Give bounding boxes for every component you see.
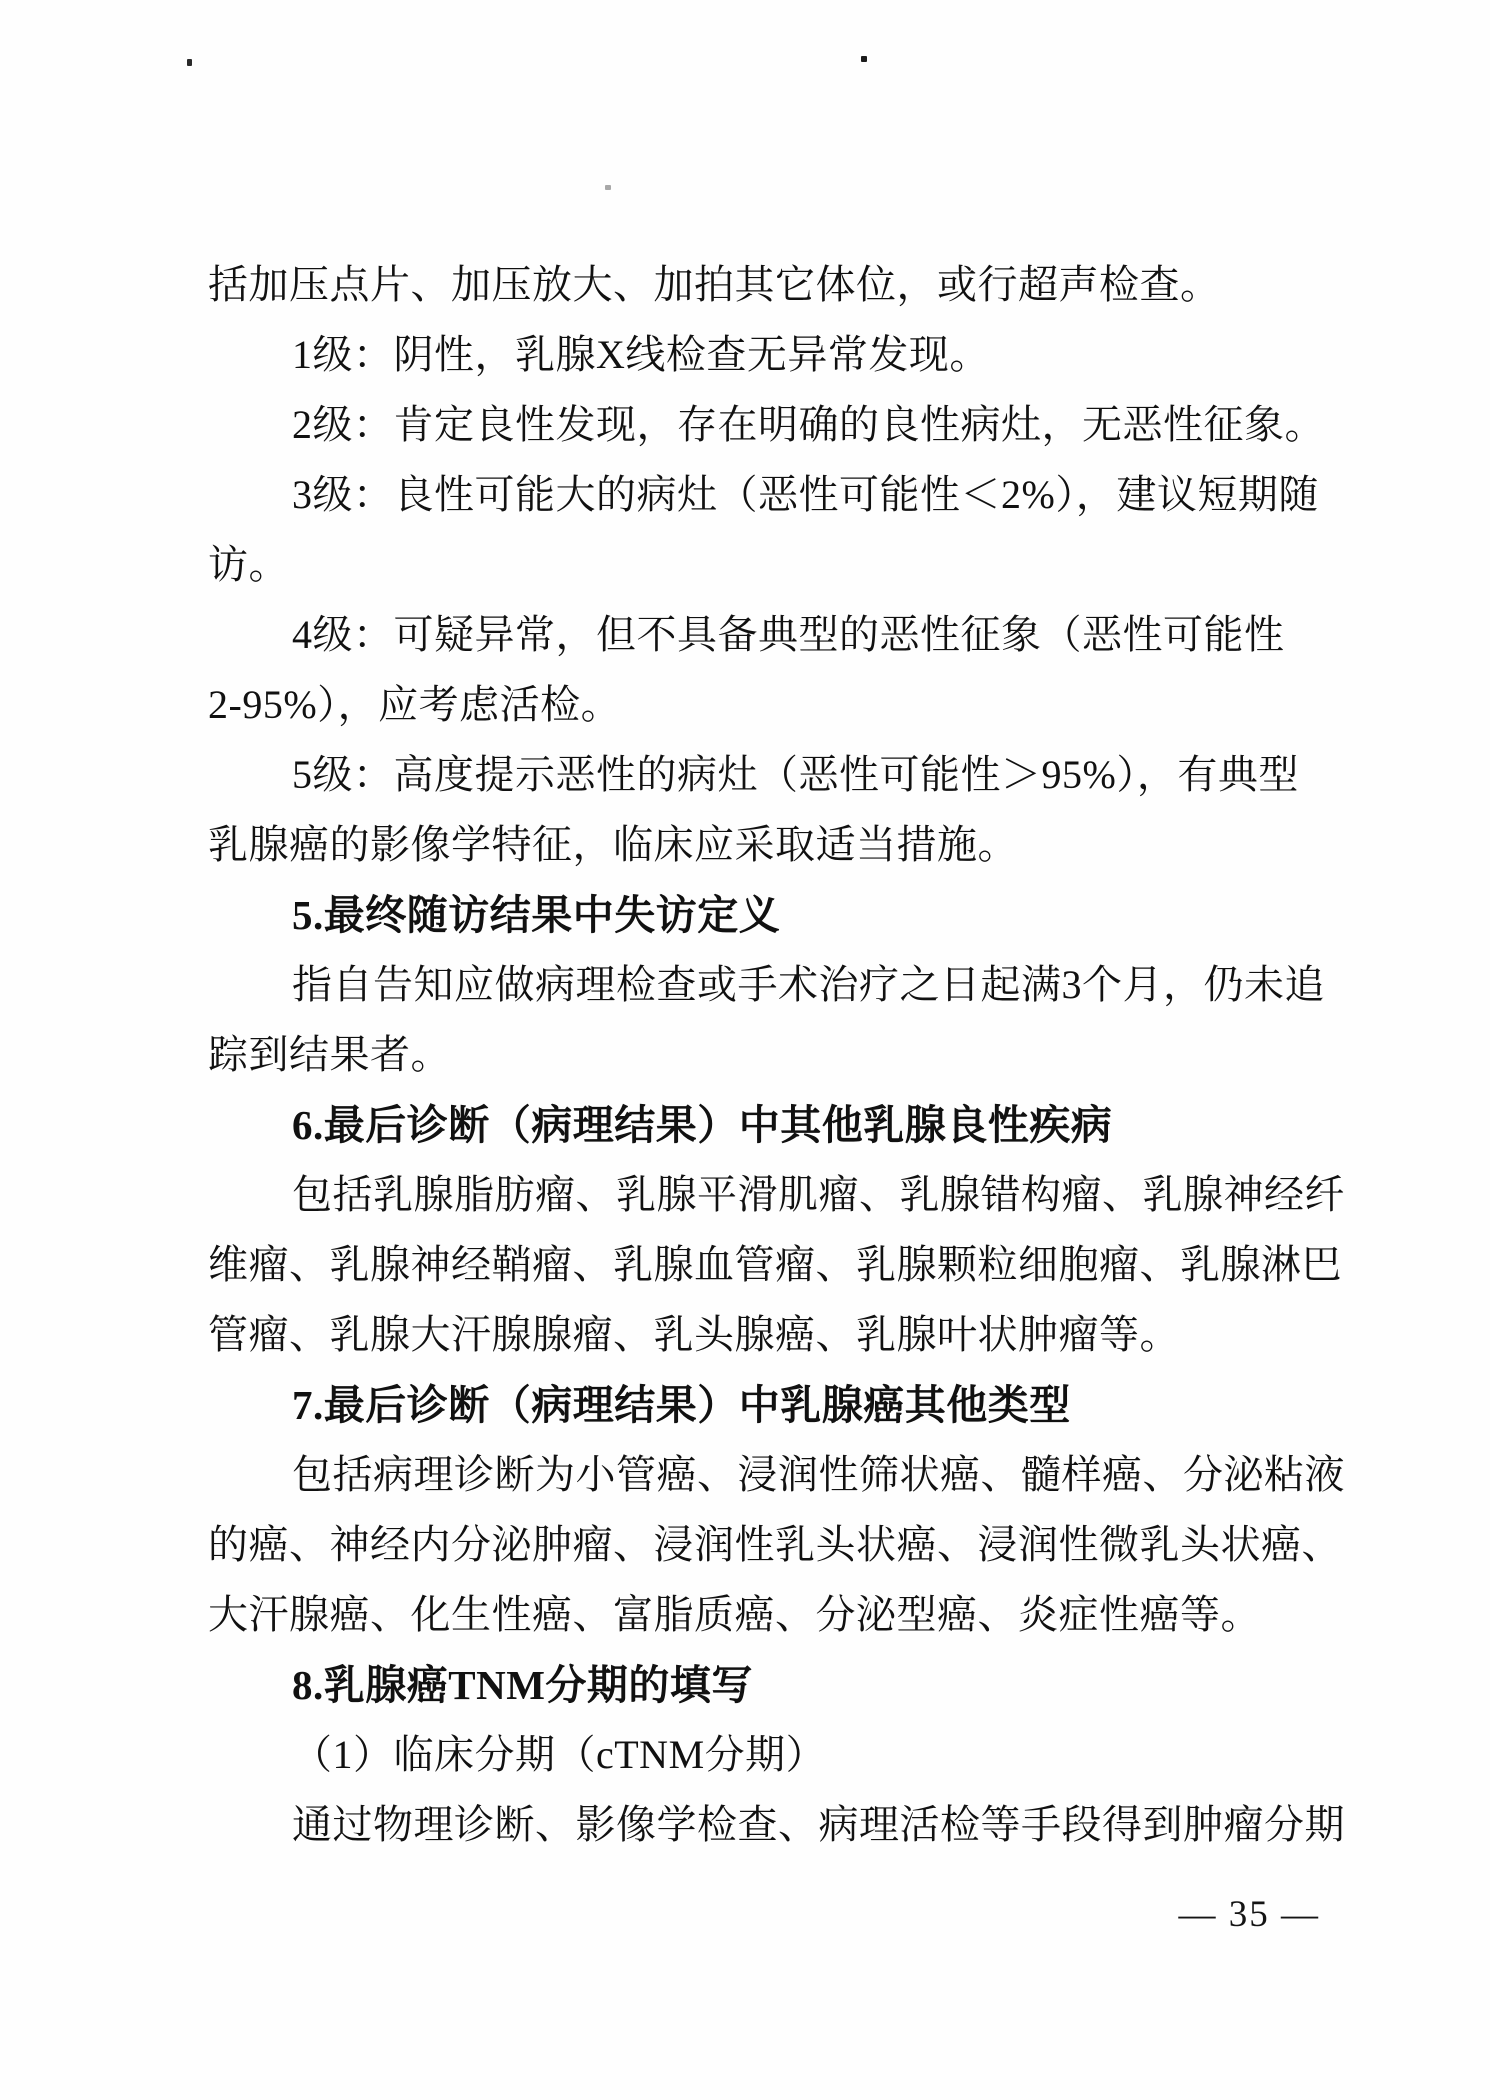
body-line: 4级：可疑异常，但不具备典型的恶性征象（恶性可能性 <box>208 600 1478 670</box>
scanned-document-page: 括加压点片、加压放大、加拍其它体位，或行超声检查。 1级：阴性，乳腺X线检查无异… <box>0 0 1490 2100</box>
section-heading: 6.最后诊断（病理结果）中其他乳腺良性疾病 <box>208 1090 1478 1160</box>
body-line: 乳腺癌的影像学特征，临床应采取适当措施。 <box>208 810 1478 880</box>
body-line: 维瘤、乳腺神经鞘瘤、乳腺血管瘤、乳腺颗粒细胞瘤、乳腺淋巴 <box>208 1230 1478 1300</box>
body-line: 管瘤、乳腺大汗腺腺瘤、乳头腺癌、乳腺叶状肿瘤等。 <box>208 1300 1478 1370</box>
section-heading: 7.最后诊断（病理结果）中乳腺癌其他类型 <box>208 1370 1478 1440</box>
body-line: 5级：高度提示恶性的病灶（恶性可能性＞95%），有典型 <box>208 740 1478 810</box>
scan-artifact-dot <box>861 56 867 62</box>
section-heading: 5.最终随访结果中失访定义 <box>208 880 1478 950</box>
scan-artifact-dot <box>187 59 192 66</box>
scan-artifact-dot <box>605 185 611 190</box>
body-line: 的癌、神经内分泌肿瘤、浸润性乳头状癌、浸润性微乳头状癌、 <box>208 1510 1478 1580</box>
body-line: 2-95%），应考虑活检。 <box>208 670 1478 740</box>
text-block: 括加压点片、加压放大、加拍其它体位，或行超声检查。 1级：阴性，乳腺X线检查无异… <box>208 250 1478 1860</box>
body-line: 指自告知应做病理检查或手术治疗之日起满3个月，仍未追 <box>208 950 1478 1020</box>
body-line: 踪到结果者。 <box>208 1020 1478 1090</box>
body-line: 大汗腺癌、化生性癌、富脂质癌、分泌型癌、炎症性癌等。 <box>208 1580 1478 1650</box>
body-line: 括加压点片、加压放大、加拍其它体位，或行超声检查。 <box>208 250 1478 320</box>
section-heading: 8.乳腺癌TNM分期的填写 <box>208 1650 1478 1720</box>
body-line: 包括乳腺脂肪瘤、乳腺平滑肌瘤、乳腺错构瘤、乳腺神经纤 <box>208 1160 1478 1230</box>
body-line: 访。 <box>208 530 1478 600</box>
body-line: 包括病理诊断为小管癌、浸润性筛状癌、髓样癌、分泌粘液 <box>208 1440 1478 1510</box>
page-number: — 35 — <box>1179 1893 1321 1937</box>
body-line: 1级：阴性，乳腺X线检查无异常发现。 <box>208 320 1478 390</box>
body-line: 通过物理诊断、影像学检查、病理活检等手段得到肿瘤分期 <box>208 1790 1478 1860</box>
body-line: 2级：肯定良性发现，存在明确的良性病灶，无恶性征象。 <box>208 390 1478 460</box>
body-line: （1）临床分期（cTNM分期） <box>208 1720 1478 1790</box>
body-line: 3级：良性可能大的病灶（恶性可能性＜2%），建议短期随 <box>208 460 1478 530</box>
